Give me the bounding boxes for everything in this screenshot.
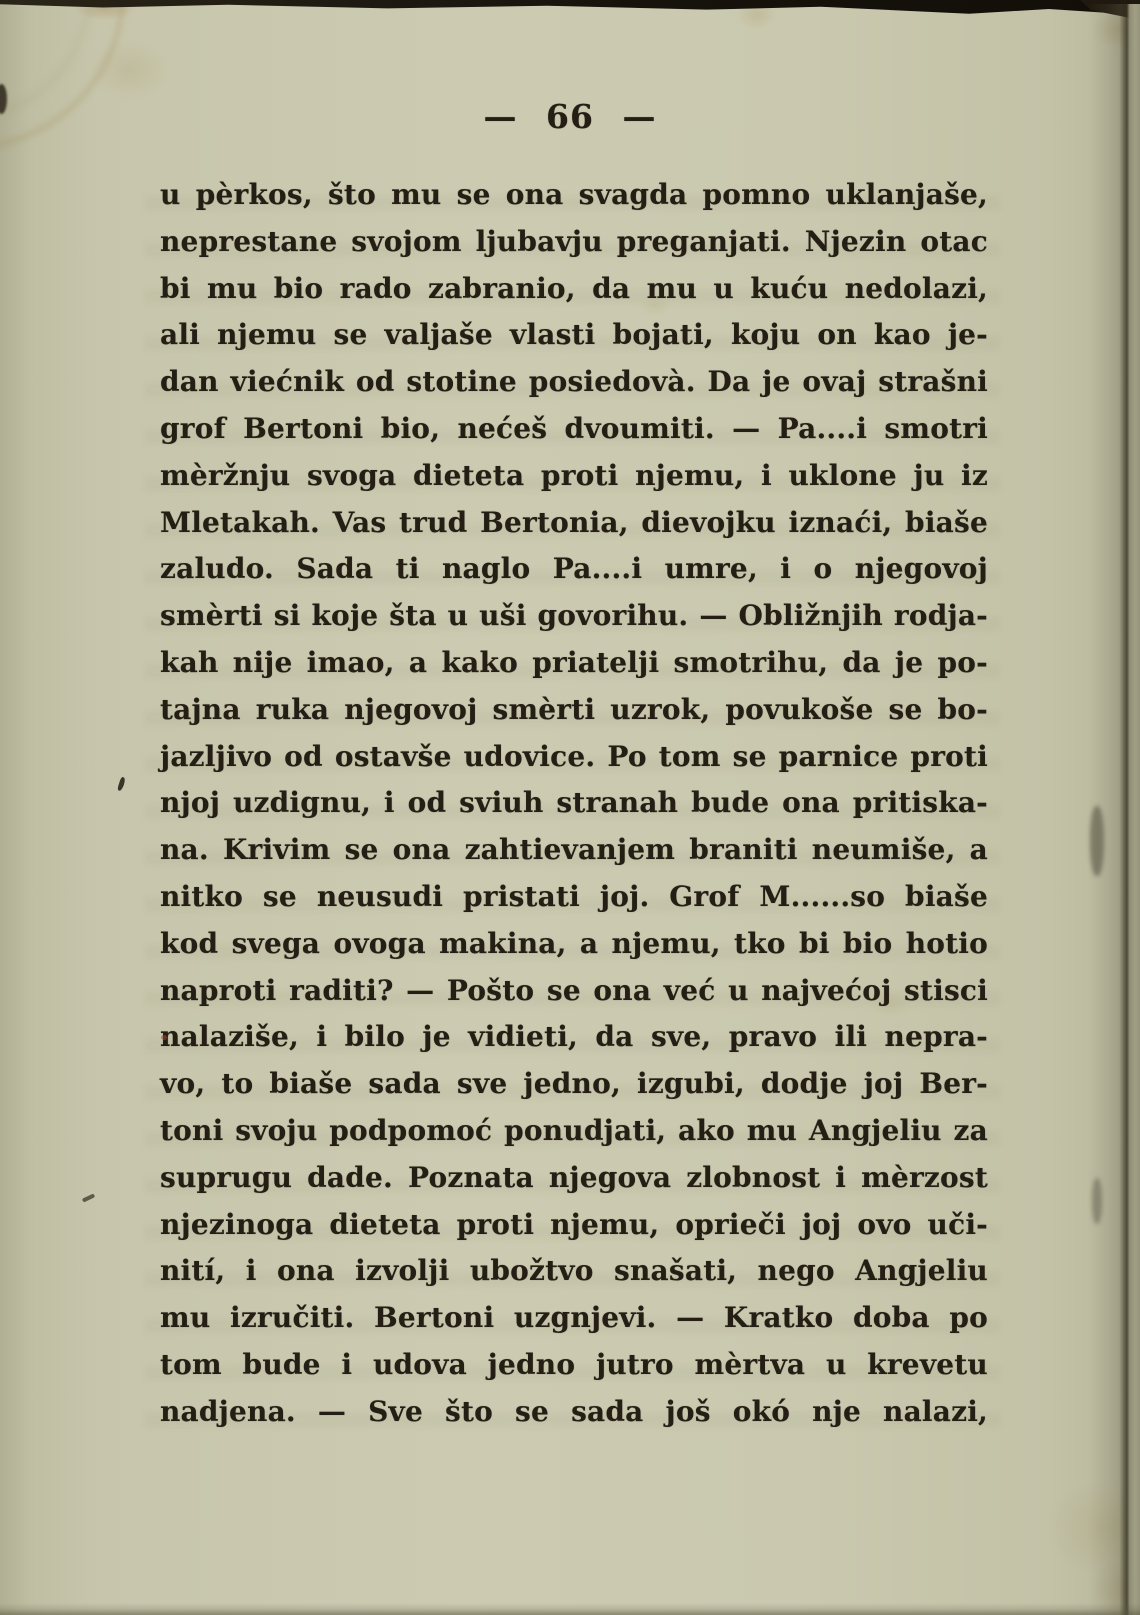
text-line: njezinoga dieteta proti njemu, oprieči j… bbox=[160, 1202, 988, 1249]
right-edge-smudge bbox=[1092, 1178, 1102, 1224]
text-line: neprestane svojom ljubavju preganjati. N… bbox=[160, 219, 988, 266]
text-line: naproti raditi? — Pošto se ona već u naj… bbox=[160, 968, 988, 1015]
text-line: nalaziše, i bilo je vidieti, da sve, pra… bbox=[160, 1014, 988, 1061]
text-line: dan viećnik od stotine posiedovà. Da je … bbox=[160, 359, 988, 406]
text-line: mu izručiti. Bertoni uzgnjevi. — Kratko … bbox=[160, 1295, 988, 1342]
text-line: Mletakah. Vas trud Bertonia, dievojku iz… bbox=[160, 500, 988, 547]
text-line: nití, i ona izvolji ubožtvo snašati, neg… bbox=[160, 1248, 988, 1295]
text-line: toni svoju podpomoć ponudjati, ako mu An… bbox=[160, 1108, 988, 1155]
text-line: kod svega ovoga makina, a njemu, tko bi … bbox=[160, 921, 988, 968]
text-line: njoj uzdignu, i od sviuh stranah bude on… bbox=[160, 780, 988, 827]
margin-ink-mark bbox=[117, 777, 126, 792]
text-line: tajna ruka njegovoj smèrti uzrok, povuko… bbox=[160, 687, 988, 734]
text-line: na. Krivim se ona zahtievanjem braniti n… bbox=[160, 827, 988, 874]
margin-pencil-mark bbox=[82, 1193, 95, 1202]
text-line: smèrti si koje šta u uši govorihu. — Obl… bbox=[160, 593, 988, 640]
text-line: kah nije imao, a kako priatelji smotrihu… bbox=[160, 640, 988, 687]
text-line: tom bude i udova jedno jutro mèrtva u kr… bbox=[160, 1342, 988, 1389]
page-top-edge-shadow bbox=[0, 0, 1140, 15]
right-edge-smudge bbox=[1090, 806, 1104, 876]
text-line: jazljivo od ostavše udovice. Po tom se p… bbox=[160, 734, 988, 781]
text-line: ali njemu se valjaše vlasti bojati, koju… bbox=[160, 312, 988, 359]
text-line: zaludo. Sada ti naglo Pa....i umre, i o … bbox=[160, 546, 988, 593]
text-line: vo, to biaše sada sve jedno, izgubi, dod… bbox=[160, 1061, 988, 1108]
text-line: grof Bertoni bio, nećeš dvoumiti. — Pa..… bbox=[160, 406, 988, 453]
margin-speck bbox=[161, 1035, 167, 1040]
page-number: — 66 — bbox=[0, 97, 1140, 136]
text-line: nadjena. — Sve što se sada još okó nje n… bbox=[160, 1389, 988, 1436]
page-bottom-edge-shadow bbox=[0, 1603, 1140, 1615]
book-page: — 66 — u pèrkos, što mu se ona svagda po… bbox=[0, 0, 1140, 1615]
text-line: u pèrkos, što mu se ona svagda pomno ukl… bbox=[160, 172, 988, 219]
text-line: bi mu bio rado zabranio, da mu u kuću ne… bbox=[160, 266, 988, 313]
text-line: nitko se neusudi pristati joj. Grof M...… bbox=[160, 874, 988, 921]
text-line: mèržnju svoga dieteta proti njemu, i ukl… bbox=[160, 453, 988, 500]
page-text: u pèrkos, što mu se ona svagda pomno ukl… bbox=[160, 172, 988, 1436]
text-line: suprugu dade. Poznata njegova zlobnost i… bbox=[160, 1155, 988, 1202]
